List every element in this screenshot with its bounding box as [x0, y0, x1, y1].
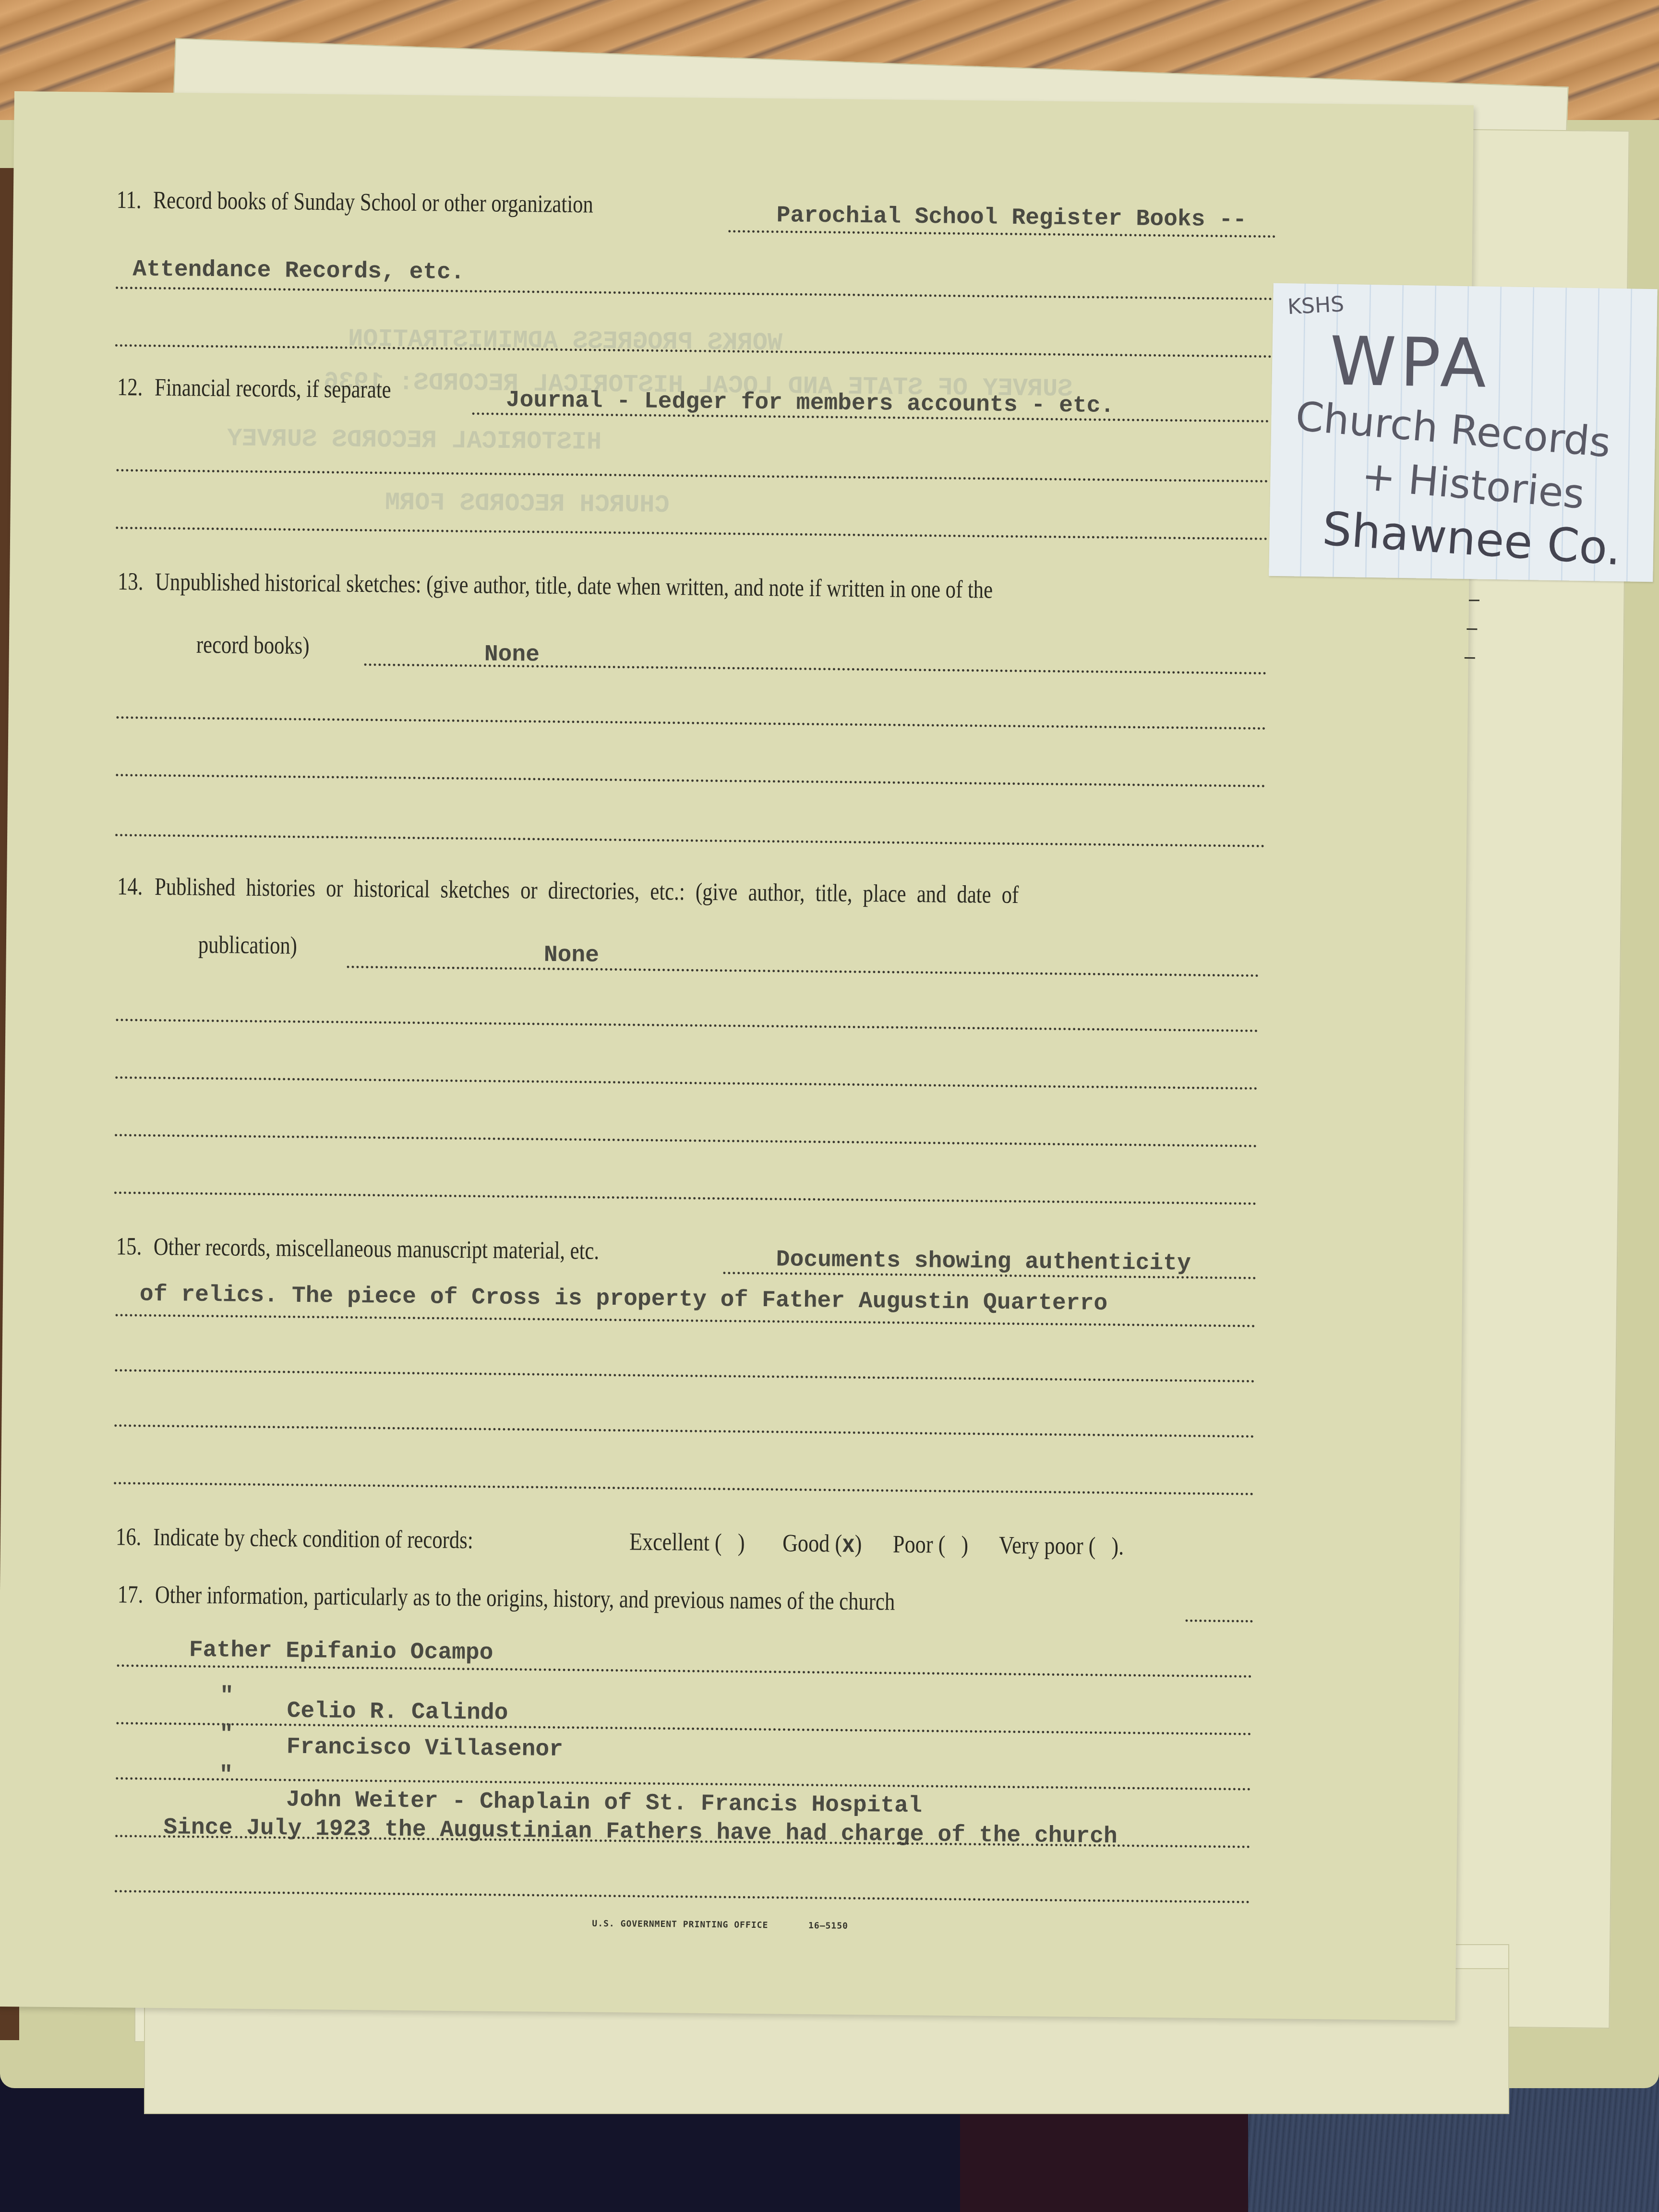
margin-tick — [1465, 657, 1475, 659]
condition-good[interactable]: Good (x) — [782, 1529, 862, 1560]
item-number: 17. — [118, 1580, 144, 1609]
sticky-note: KSHS WPA Church Records + Histories Shaw… — [1269, 283, 1657, 582]
note-line-kshs: KSHS — [1287, 292, 1345, 319]
item-number: 11. — [117, 186, 142, 214]
typed-answer: Father Epifanio Ocampo — [189, 1637, 493, 1666]
fill-line — [116, 527, 1268, 540]
typed-answer: None — [484, 641, 540, 668]
item-number: 14. — [117, 872, 143, 901]
item-label: Financial records, if separate — [155, 373, 391, 404]
typed-answer: Documents showing authenticity — [776, 1247, 1191, 1276]
note-line-church-records: Church Records — [1294, 393, 1612, 467]
fill-line — [114, 1191, 1257, 1205]
fill-line — [116, 1019, 1258, 1032]
typed-answer: Parochial School Register Books -- — [776, 203, 1247, 233]
condition-excellent[interactable]: Excellent ( ) — [629, 1527, 745, 1558]
item-label: Unpublished historical sketches: (give a… — [155, 568, 993, 604]
fill-line — [115, 1369, 1255, 1382]
fill-line — [116, 716, 1266, 730]
margin-tick — [1469, 600, 1479, 601]
item-label: Record books of Sunday School or other o… — [153, 186, 594, 219]
form-page: WORKS PROGRESS ADMINISTRATION SURVEY OF … — [0, 91, 1474, 2020]
show-through-text: CHURCH RECORDS FORM — [385, 488, 670, 519]
check-mark-icon: x — [842, 1531, 855, 1560]
item-label: Published histories or historical sketch… — [155, 873, 1019, 909]
item-label-continued: publication) — [198, 931, 298, 960]
fill-line — [114, 1424, 1254, 1438]
condition-poor[interactable]: Poor ( ) — [893, 1530, 969, 1561]
show-through-text: HISTORICAL RECORDS SURVEY — [227, 424, 602, 456]
fill-line — [116, 469, 1268, 482]
fill-line — [1186, 1620, 1253, 1623]
item-label: Other records, miscellaneous manuscript … — [154, 1233, 600, 1265]
item-label-continued: record books) — [196, 631, 310, 660]
fill-line — [114, 1482, 1254, 1495]
condition-very-poor[interactable]: Very poor ( ). — [999, 1531, 1124, 1562]
typed-answer: of relics. The piece of Cross is propert… — [140, 1282, 1108, 1317]
item-number: 13. — [118, 567, 144, 596]
item-number: 16. — [116, 1523, 142, 1551]
margin-tick — [1467, 628, 1477, 630]
item-number: 15. — [116, 1232, 142, 1261]
form-code: 16—5150 — [808, 1921, 848, 1931]
item-15-answer-2: of relics. The piece of Cross is propert… — [140, 1278, 1599, 1322]
item-number: 12. — [117, 373, 143, 402]
fill-line — [116, 774, 1265, 787]
note-line-wpa: WPA — [1329, 323, 1491, 403]
item-14: 14. Published histories or historical sk… — [117, 872, 1576, 914]
fill-line — [115, 1890, 1250, 1903]
item-17-answer-1: Father Epifanio Ocampo — [189, 1634, 1648, 1677]
fill-line — [115, 1076, 1258, 1090]
fill-line — [115, 1134, 1257, 1147]
printer-imprint: U.S. GOVERNMENT PRINTING OFFICE 16—5150 — [592, 1919, 848, 1931]
typed-answer: Attendance Records, etc. — [132, 256, 465, 286]
fill-line — [115, 834, 1265, 847]
item-label: Other information, particularly as to th… — [155, 1581, 895, 1616]
typed-answer: None — [544, 942, 600, 969]
item-17: 17. Other information, particularly as t… — [118, 1580, 1577, 1623]
show-through-text: WORKS PROGRESS ADMINISTRATION — [348, 325, 782, 358]
typed-answer: Francisco Villasenor — [287, 1734, 564, 1763]
item-label: Indicate by check condition of records: — [153, 1523, 473, 1554]
